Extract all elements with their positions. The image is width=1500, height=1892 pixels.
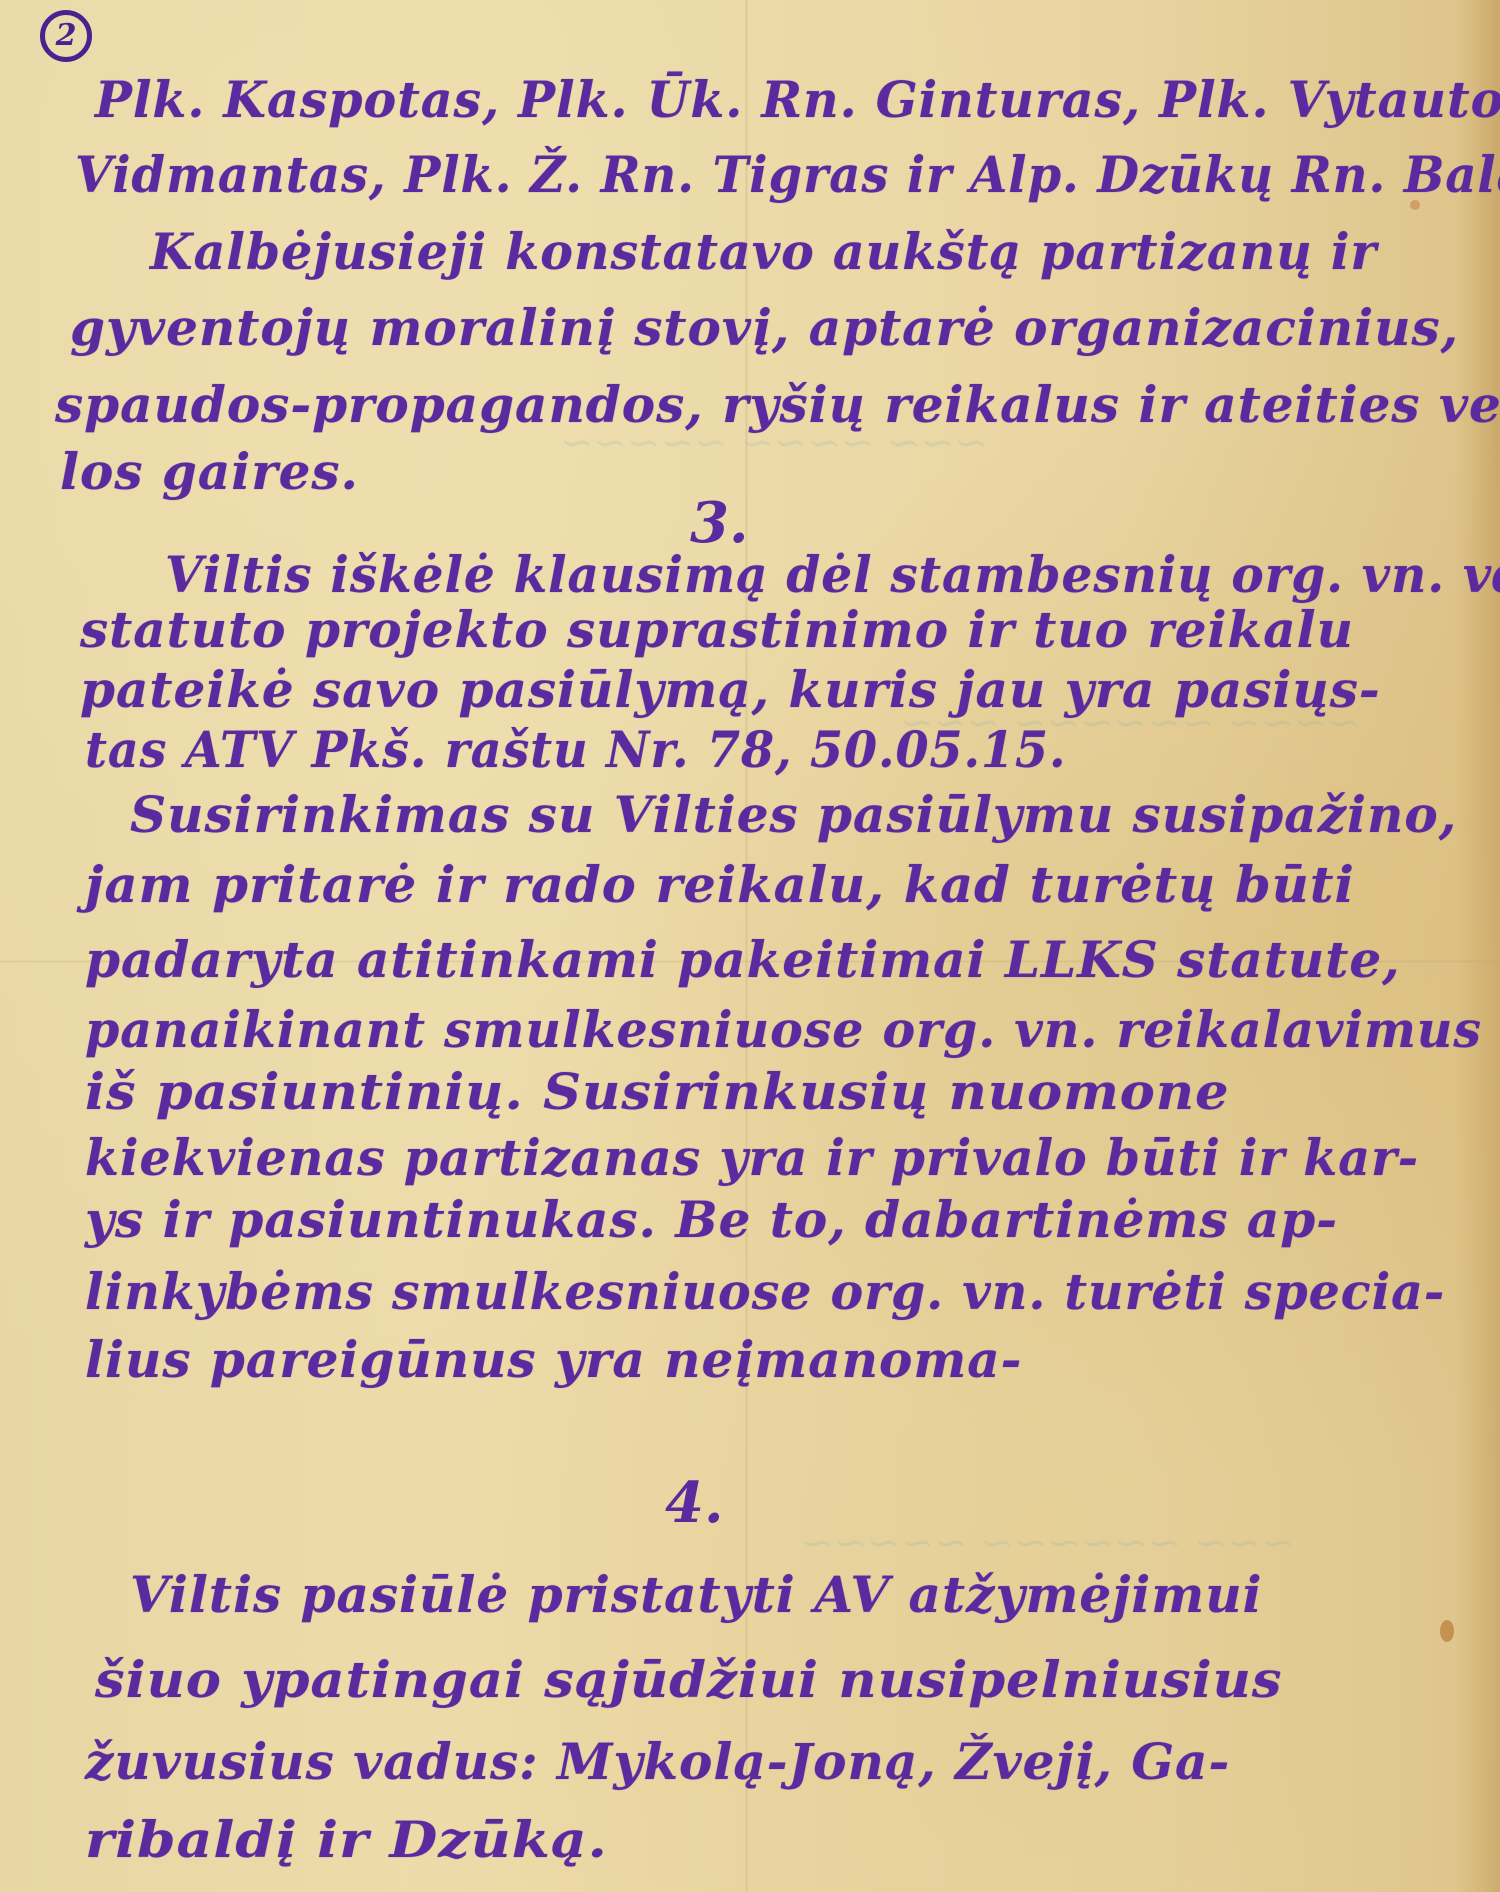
text-line: Kalbėjusieji konstatavo aukštą partizanų… <box>150 222 1377 281</box>
text-line: ys ir pasiuntinukas. Be to, dabartinėms … <box>85 1190 1338 1249</box>
text-line: pateikė savo pasiūlymą, kuris jau yra pa… <box>80 660 1381 719</box>
text-line: Plk. Kaspotas, Plk. Ūk. Rn. Ginturas, Pl… <box>95 70 1500 129</box>
text-line: ribaldį ir Dzūką. <box>85 1810 608 1869</box>
text-line: Vidmantas, Plk. Ž. Rn. Tigras ir Alp. Dz… <box>75 145 1500 204</box>
text-line: jam pritarė ir rado reikalu, kad turėtų … <box>85 855 1355 914</box>
page-number-badge: 2 <box>40 10 92 62</box>
text-line: los gaires. <box>60 442 359 501</box>
text-line: kiekvienas partizanas yra ir privalo būt… <box>85 1128 1419 1187</box>
text-line: žuvusius vadus: Mykolą-Joną, Žvejį, Ga- <box>85 1732 1230 1791</box>
text-line: tas ATV Pkš. raštu Nr. 78, 50.05.15. <box>85 720 1066 779</box>
section-4-heading: 4. <box>665 1470 723 1536</box>
paper-stain <box>1440 1620 1454 1642</box>
text-line: Susirinkimas su Vilties pasiūlymu susipa… <box>130 785 1457 844</box>
document-page: ~~~ ~~~~ ~~~~~ ~~~~ ~~~~~~ ~~~ ~~~ ~~~~~… <box>0 0 1500 1892</box>
text-line: iš pasiuntinių. Susirinkusių nuomone <box>85 1062 1230 1121</box>
text-line: Viltis iškėlė klausimą dėl stambesnių or… <box>165 545 1500 604</box>
text-line: spaudos-propagandos, ryšių reikalus ir a… <box>55 375 1500 434</box>
text-line: šiuo ypatingai sąjūdžiui nusipelniusius <box>95 1650 1282 1709</box>
bleed-through-text: ~~~ ~~~~~~ ~~~~~ <box>800 1520 1295 1566</box>
text-line: panaikinant smulkesniuose org. vn. reika… <box>85 1000 1482 1059</box>
text-line: gyventojų moralinį stovį, aptarė organiz… <box>70 298 1459 357</box>
text-line: padaryta atitinkami pakeitimai LLKS stat… <box>85 930 1401 989</box>
text-line: Viltis pasiūlė pristatyti AV atžymėjimui <box>130 1565 1263 1624</box>
text-line: linkybėms smulkesniuose org. vn. turėti … <box>85 1262 1445 1321</box>
text-line: lius pareigūnus yra neįmanoma- <box>85 1330 1022 1389</box>
text-line: statuto projekto suprastinimo ir tuo rei… <box>80 600 1354 659</box>
